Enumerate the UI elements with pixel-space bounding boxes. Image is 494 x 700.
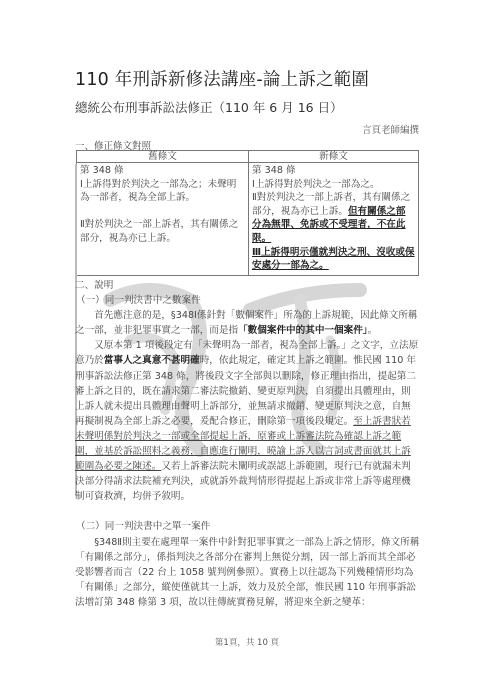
new-article-para1: Ⅰ上訴得對於判決之一部為之。 [252,178,415,192]
subsection-heading-multiple-cases: （一）同一判決書中之數案件 [75,293,420,308]
subsection-heading-single-case: （二）同一判決書中之單一案件 [75,519,420,534]
column-header-old: 舊條文 [77,151,249,163]
new-article-number: 第 348 條 [252,164,415,178]
paragraph-multiple-cases-2: 又原本第 1 項後段定有「未聲明為一部者，視為全部上訴。」之文字，立法原意乃於當… [75,338,420,504]
column-header-new: 新條文 [249,151,419,163]
table-header-row: 舊條文 新條文 [77,151,419,163]
page-number-footer: 第1頁，共 10 頁 [0,636,494,648]
author-credit: 言頁老師編撰 [362,122,419,136]
new-article-para3-amendment: Ⅲ上訴得明示僅就判決之刑、沒收或保安處分一部為之。 [252,246,415,273]
emphasis-text: 當事人之真意不甚明確 [104,355,200,366]
emphasis-text: 「數個案件中的其中一個案件」 [238,325,368,336]
new-article-para2: Ⅱ對於判決之一部上訴者，其有關係之部分，視為亦已上訴。但有關係之部分為無罪、免訴… [252,191,415,245]
new-article-cell: 第 348 條 Ⅰ上訴得對於判決之一部為之。 Ⅱ對於判決之一部上訴者，其有關係之… [249,163,419,276]
paragraph-text: 。 [368,325,378,336]
document-title: 110 年刑訴新修法講座-論上訴之範圍 [75,66,369,91]
old-article-cell: 第 348 條 Ⅰ上訴得對於判決之一部為之；未聲明為一部者，視為全部上訴。 Ⅱ對… [77,163,249,276]
section-heading-explanation: 二、說明 [75,278,420,293]
old-article-para2: Ⅱ對於判決之一部上訴者，其有關係之部分，視為亦已上訴。 [80,218,245,245]
table-row: 第 348 條 Ⅰ上訴得對於判決之一部為之；未聲明為一部者，視為全部上訴。 Ⅱ對… [77,163,419,276]
old-article-para1: Ⅰ上訴得對於判決之一部為之；未聲明為一部者，視為全部上訴。 [80,178,245,205]
paragraph-single-case-1: §348Ⅱ則主要在處理單一案件中針對犯罪事實之一部為上訴之情形，條文所稱「有關係… [75,535,420,610]
document-page: 110 年刑訴新修法講座-論上訴之範圍 總統公布刑事訴訟法修正（110 年 6 … [0,0,494,700]
explanation-body: 二、說明 （一）同一判決書中之數案件 首先應注意的是，§348Ⅰ係針對「數個案件… [75,278,420,610]
document-subtitle: 總統公布刑事訴訟法修正（110 年 6 月 16 日） [75,98,343,116]
comparison-table: 舊條文 新條文 第 348 條 Ⅰ上訴得對於判決之一部為之；未聲明為一部者，視為… [76,150,419,276]
old-article-number: 第 348 條 [80,164,245,178]
paragraph-multiple-cases-1: 首先應注意的是，§348Ⅰ係針對「數個案件」所為的上訴規範，因此條文所稱之一部，… [75,308,420,338]
